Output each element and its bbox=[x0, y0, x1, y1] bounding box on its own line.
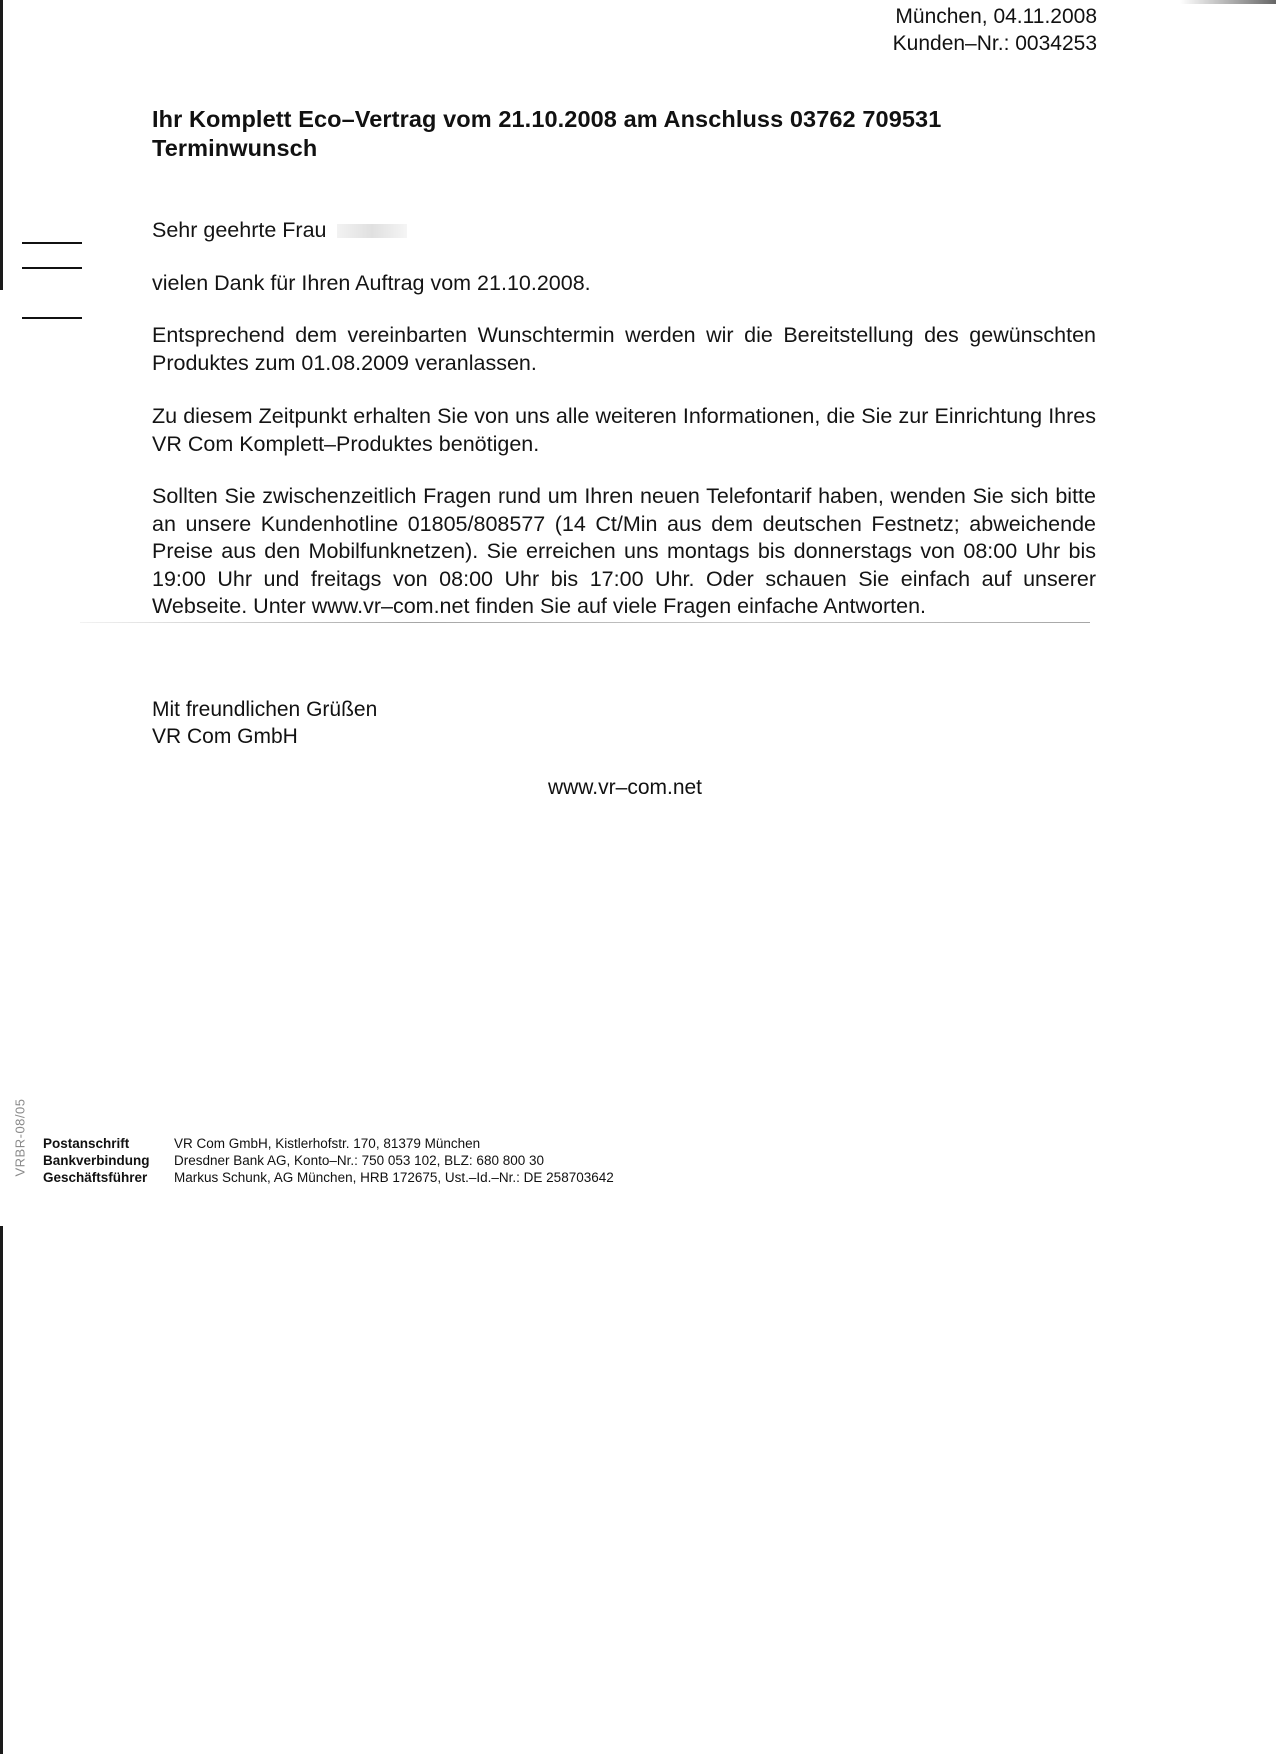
footer-row: Geschäftsführer Markus Schunk, AG Münche… bbox=[43, 1169, 614, 1186]
paragraph-text: Zu diesem Zeitpunkt erhalten Sie von uns… bbox=[152, 403, 1096, 458]
subject-line: Ihr Komplett Eco–Vertrag vom 21.10.2008 … bbox=[152, 105, 941, 163]
scan-corner-shadow bbox=[1180, 0, 1276, 4]
scan-edge-top bbox=[0, 0, 3, 290]
subject-subtitle: Terminwunsch bbox=[152, 134, 941, 163]
footer-label: Bankverbindung bbox=[43, 1152, 174, 1169]
fold-mark bbox=[22, 267, 82, 269]
paragraph: Sollten Sie zwischenzeitlich Fragen rund… bbox=[152, 483, 1096, 621]
paragraph-text: Sollten Sie zwischenzeitlich Fragen rund… bbox=[152, 483, 1096, 621]
footer-row: Bankverbindung Dresdner Bank AG, Konto–N… bbox=[43, 1152, 614, 1169]
salutation: Sehr geehrte Frau bbox=[152, 217, 1096, 245]
header-meta: München, 04.11.2008 Kunden–Nr.: 0034253 bbox=[893, 3, 1097, 57]
scan-artifact-line bbox=[80, 622, 1090, 623]
paragraph: Zu diesem Zeitpunkt erhalten Sie von uns… bbox=[152, 403, 1096, 458]
footer-value: Markus Schunk, AG München, HRB 172675, U… bbox=[174, 1169, 614, 1186]
paragraph: vielen Dank für Ihren Auftrag vom 21.10.… bbox=[152, 270, 1096, 298]
footer-row: Postanschrift VR Com GmbH, Kistlerhofstr… bbox=[43, 1135, 614, 1152]
footer-label: Postanschrift bbox=[43, 1135, 174, 1152]
redacted-name bbox=[337, 224, 407, 238]
scan-edge-bottom bbox=[0, 1226, 3, 1754]
footer-value: VR Com GmbH, Kistlerhofstr. 170, 81379 M… bbox=[174, 1135, 480, 1152]
punch-mark bbox=[22, 317, 82, 319]
paragraph: Entsprechend dem vereinbarten Wunschterm… bbox=[152, 322, 1096, 377]
paragraph-text: vielen Dank für Ihren Auftrag vom 21.10.… bbox=[152, 270, 1096, 298]
footer-label: Geschäftsführer bbox=[43, 1169, 174, 1186]
form-code: VRBR-08/05 bbox=[13, 1088, 28, 1188]
fold-mark bbox=[22, 242, 82, 244]
subject-title: Ihr Komplett Eco–Vertrag vom 21.10.2008 … bbox=[152, 105, 941, 134]
salutation-text: Sehr geehrte Frau bbox=[152, 218, 327, 242]
footer-legal: Postanschrift VR Com GmbH, Kistlerhofstr… bbox=[43, 1135, 614, 1186]
place-date: München, 04.11.2008 bbox=[893, 3, 1097, 30]
closing-text: Mit freundlichen Grüßen bbox=[152, 696, 377, 723]
customer-number: Kunden–Nr.: 0034253 bbox=[893, 30, 1097, 57]
footer-value: Dresdner Bank AG, Konto–Nr.: 750 053 102… bbox=[174, 1152, 544, 1169]
signature: VR Com GmbH bbox=[152, 723, 377, 750]
paragraph-text: Entsprechend dem vereinbarten Wunschterm… bbox=[152, 322, 1096, 377]
website-url: www.vr–com.net bbox=[0, 774, 1250, 801]
closing-block: Mit freundlichen Grüßen VR Com GmbH bbox=[152, 696, 377, 750]
